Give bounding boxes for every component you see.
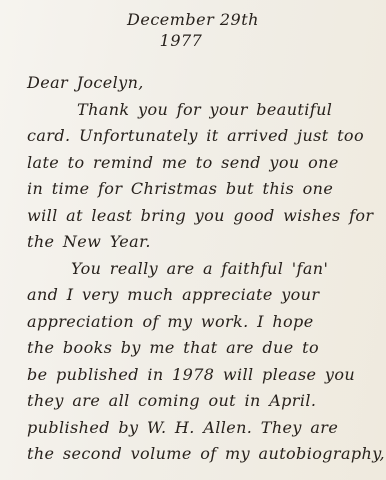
letter-body: Dear Jocelyn, Thank you for your beautif…	[27, 70, 376, 468]
letter-line: be published in 1978 will please you	[27, 362, 376, 389]
letter-date-line-2: 1977	[0, 31, 374, 50]
letter-date: December 29th 1977	[0, 10, 386, 50]
letter-line: the books by me that are due to	[27, 335, 376, 362]
letter-line: and I very much appreciate your	[27, 282, 376, 309]
letter-line: card. Unfortunately it arrived just too	[27, 123, 376, 150]
letter-line: late to remind me to send you one	[27, 150, 376, 177]
letter-line: in time for Christmas but this one	[27, 176, 376, 203]
letter-line: will at least bring you good wishes for	[27, 203, 376, 230]
letter-line: the second volume of my autobiography,	[27, 441, 376, 468]
letter-line: Thank you for your beautiful	[27, 97, 376, 124]
letter-line: they are all coming out in April.	[27, 388, 376, 415]
letter-line: You really are a faithful 'fan'	[27, 256, 376, 283]
handwritten-letter-page: December 29th 1977 Dear Jocelyn, Thank y…	[0, 0, 386, 480]
letter-date-line-1: December 29th	[0, 10, 386, 29]
letter-line: the New Year.	[27, 229, 376, 256]
letter-salutation: Dear Jocelyn,	[27, 70, 376, 97]
letter-line: appreciation of my work. I hope	[27, 309, 376, 336]
letter-line: published by W. H. Allen. They are	[27, 415, 376, 442]
